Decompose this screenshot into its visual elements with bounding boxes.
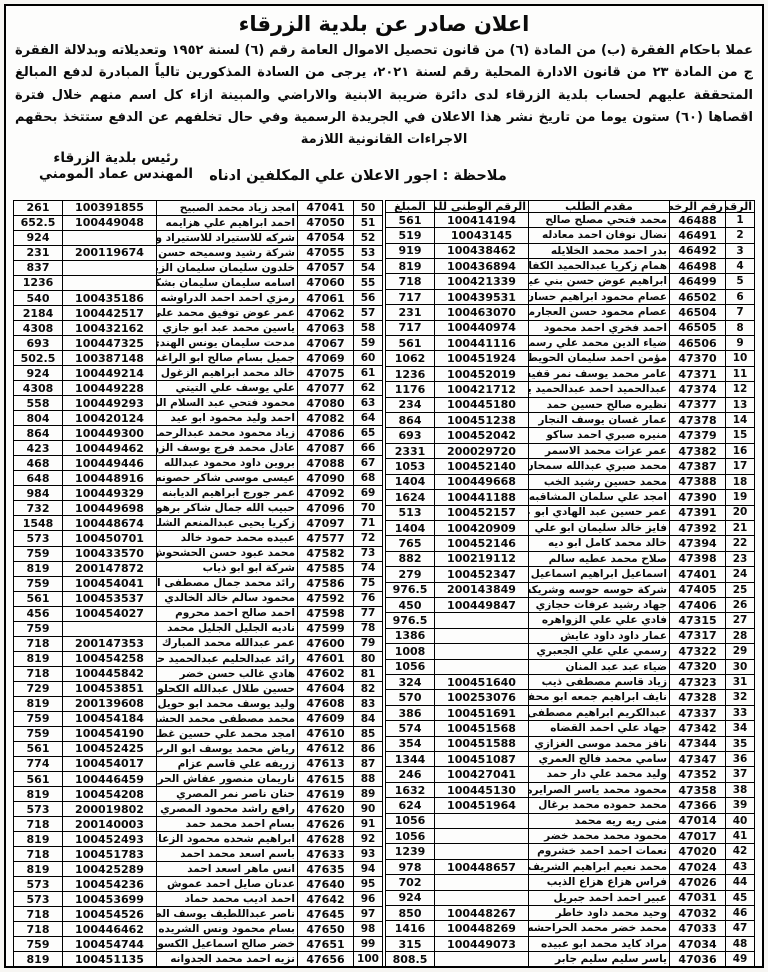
amount-cell: 315	[386, 936, 435, 951]
national-number-cell: 100454744	[63, 937, 157, 952]
row-number-cell: 35	[726, 736, 755, 751]
license-number-cell: 47063	[298, 321, 354, 336]
national-number-cell: 100452146	[435, 536, 529, 551]
amount-cell: 1056	[386, 813, 435, 828]
table-row: 3547344نافز محمد موسى الغزازي10045158835…	[386, 736, 755, 751]
national-number-cell: 100449668	[435, 474, 529, 489]
national-number-cell: 100454526	[63, 907, 157, 922]
table-row: 9647642احمد اديب محمد حماد100453699573	[14, 892, 383, 907]
national-number-cell: 100433570	[63, 546, 157, 561]
amount-cell: 693	[386, 428, 435, 443]
license-number-cell: 47394	[670, 536, 726, 551]
applicant-name-cell: شركة رشيد وسميحه حسن	[157, 245, 298, 260]
applicant-name-cell: عبير احمد احمد جبريل	[529, 890, 670, 905]
table-row: 2947322رسمي علي علي الجعبري1008	[386, 644, 755, 659]
page-title: اعلان صادر عن بلدية الزرقاء	[13, 12, 755, 36]
applicant-name-cell: احمد فخري احمد محمود	[529, 320, 670, 335]
table-row: 5347055شركة رشيد وسميحه حسن200119674231	[14, 245, 383, 260]
table-row: 8547610امجد محمد علي حسين غطاس1004541907…	[14, 726, 383, 741]
applicant-name-cell: مراد كايد محمد ابو عبيده	[529, 936, 670, 951]
national-number-cell: 100438462	[435, 243, 529, 258]
license-number-cell: 47374	[670, 382, 726, 397]
table-row: 6847090عيسى موسى شاكر حصونه100448916648	[14, 471, 383, 486]
row-number-cell: 58	[354, 321, 383, 336]
amount-cell: 468	[14, 456, 63, 471]
license-number-cell: 47656	[298, 952, 354, 967]
amount-cell: 324	[386, 674, 435, 689]
applicant-name-cell: محمد حسين رشيد الخب	[529, 474, 670, 489]
national-number-cell	[435, 628, 529, 643]
amount-cell: 759	[14, 711, 63, 726]
applicant-name-cell: زياد محمود محمد عبدالرحمن	[157, 426, 298, 441]
row-number-cell: 64	[354, 411, 383, 426]
national-number-cell: 100449329	[63, 486, 157, 501]
national-number-cell: 100445130	[435, 782, 529, 797]
applicant-name-cell: احمد صالح احمد محروم	[157, 606, 298, 621]
row-number-cell: 63	[354, 396, 383, 411]
national-number-cell: 200029720	[435, 443, 529, 458]
applicant-name-cell: جميل بسام صالح ابو الراغب	[157, 351, 298, 366]
amount-cell: 1548	[14, 516, 63, 531]
mayor-signature: رئيس بلدية الزرقاء المهندس عماد المومني	[39, 150, 193, 182]
row-number-cell: 27	[726, 613, 755, 628]
applicant-name-cell: هادي غالب حسن خضر	[157, 666, 298, 681]
row-number-cell: 72	[354, 531, 383, 546]
national-number-cell: 100448657	[435, 859, 529, 874]
table-row: 4547031عبير احمد احمد جبريل924	[386, 890, 755, 905]
amount-cell: 759	[14, 546, 63, 561]
applicant-name-cell: همام زكريا عبدالحميد الكفارين	[529, 259, 670, 274]
applicant-name-cell: وحيد محمد داود خاطر	[529, 906, 670, 921]
row-number-cell: 19	[726, 490, 755, 505]
applicant-name-cell: زكريا يحيى عبدالمنعم الشلتوني	[157, 516, 298, 531]
license-number-cell: 47612	[298, 741, 354, 756]
license-number-cell: 47097	[298, 516, 354, 531]
applicant-name-cell: جهاد علي احمد القضاه	[529, 721, 670, 736]
national-number-cell: 100451924	[435, 351, 529, 366]
col-amount: المبلغ	[386, 200, 435, 212]
amount-cell: 450	[386, 597, 435, 612]
table-row: 7247577عبيده محمد حمود خالد100450701573	[14, 531, 383, 546]
license-number-cell: 47620	[298, 802, 354, 817]
national-number-cell: 100452157	[435, 505, 529, 520]
row-number-cell: 73	[354, 546, 383, 561]
license-number-cell: 47613	[298, 756, 354, 771]
row-number-cell: 83	[354, 696, 383, 711]
license-number-cell: 47061	[298, 290, 354, 305]
license-number-cell: 46502	[670, 289, 726, 304]
row-number-cell: 28	[726, 628, 755, 643]
table-row: 646502عصام محمود ابراهيم حسان10043953171…	[386, 289, 755, 304]
applicant-name-cell: عمر عزات محمد الاسمر	[529, 443, 670, 458]
taxpayers-table-right: الرقمرقم الرخصةمقدم الطلبالرقم الوطني لل…	[385, 200, 755, 968]
row-number-cell: 13	[726, 397, 755, 412]
national-number-cell: 100387148	[63, 351, 157, 366]
license-number-cell: 47650	[298, 922, 354, 937]
national-number-cell: 100441188	[435, 490, 529, 505]
license-number-cell: 47077	[298, 381, 354, 396]
license-number-cell: 47379	[670, 428, 726, 443]
row-number-cell: 61	[354, 366, 383, 381]
applicant-name-cell: ياسر سليم سليم جابر	[529, 952, 670, 968]
national-number-cell: 100436894	[435, 259, 529, 274]
amount-cell: 976.5	[386, 582, 435, 597]
license-number-cell: 47055	[298, 245, 354, 260]
applicant-name-cell: عمر جورج ابراهيم الديابنه	[157, 486, 298, 501]
amount-cell: 774	[14, 756, 63, 771]
applicant-name-cell: نعمات احمد احمد خشروم	[529, 844, 670, 859]
table-row: 5547060اسامه سليمان سليمان بشكار1236	[14, 275, 383, 290]
amount-cell: 2331	[386, 443, 435, 458]
table-row: 6647087عادل محمد فرج يوسف الزواوي1004494…	[14, 441, 383, 456]
amount-cell: 808.5	[386, 952, 435, 968]
table-row: 7147097زكريا يحيى عبدالمنعم الشلتوني1004…	[14, 516, 383, 531]
amount-cell: 718	[14, 922, 63, 937]
national-number-cell: 100454027	[63, 606, 157, 621]
table-row: 146488محمد فتحي مصلح صالح100414194561	[386, 212, 755, 227]
amount-cell: 573	[14, 531, 63, 546]
national-number-cell: 200143849	[435, 582, 529, 597]
row-number-cell: 6	[726, 289, 755, 304]
national-number-cell	[435, 659, 529, 674]
amount-cell: 718	[386, 274, 435, 289]
applicant-name-cell: عمر حسين عبد الهادي ابو عطيه	[529, 505, 670, 520]
national-number-cell: 100452140	[435, 459, 529, 474]
amount-cell: 819	[14, 832, 63, 847]
row-number-cell: 86	[354, 741, 383, 756]
amount-cell: 717	[386, 289, 435, 304]
license-number-cell: 47050	[298, 215, 354, 230]
national-number-cell: 100441116	[435, 336, 529, 351]
applicant-name-cell: رائد محمد جمال مصطفى ابو سالم	[157, 576, 298, 591]
amount-cell: 732	[14, 501, 63, 516]
table-header-row: الرقمرقم الرخصةمقدم الطلبالرقم الوطني لل…	[386, 200, 755, 212]
table-row: 6047069جميل بسام صالح ابو الراغب10038714…	[14, 351, 383, 366]
license-number-cell: 47377	[670, 397, 726, 412]
applicant-name-cell: حبيب الله جمال شاكر برهوم	[157, 501, 298, 516]
applicant-name-cell: شركة ابو ابو ذياب	[157, 561, 298, 576]
amount-cell: 4308	[14, 381, 63, 396]
table-row: 3147323زياد قاسم مصطفى ذيب100451640324	[386, 674, 755, 689]
license-number-cell: 47317	[670, 628, 726, 643]
license-number-cell: 47609	[298, 711, 354, 726]
applicant-name-cell: احمد ابراهيم علي هزايمه	[157, 215, 298, 230]
row-number-cell: 50	[354, 200, 383, 215]
amount-cell: 804	[14, 411, 63, 426]
license-number-cell: 47054	[298, 230, 354, 245]
table-row: 4747033محمد خضر محمد الحراحشه10044826914…	[386, 921, 755, 936]
table-row: 4847034مراد كايد محمد ابو عبيده100449073…	[386, 936, 755, 951]
amount-cell: 574	[386, 721, 435, 736]
license-number-cell: 47067	[298, 336, 354, 351]
table-row: 1447378عمار غسان يوسف النجار100451238864	[386, 413, 755, 428]
row-number-cell: 71	[354, 516, 383, 531]
national-number-cell: 100449214	[63, 366, 157, 381]
row-number-cell: 77	[354, 606, 383, 621]
signature-name: المهندس عماد المومني	[39, 166, 193, 182]
table-row: 6347080محمود فتحي عبد السلام الرفاعي1004…	[14, 396, 383, 411]
national-number-cell: 100449847	[435, 597, 529, 612]
license-number-cell: 47088	[298, 456, 354, 471]
amount-cell: 759	[14, 726, 63, 741]
table-row: 5047041امجد زياد محمد الصبيح100391855261	[14, 200, 383, 215]
license-number-cell: 47034	[670, 936, 726, 951]
amount-cell: 624	[386, 798, 435, 813]
national-number-cell: 100442517	[63, 306, 157, 321]
row-number-cell: 25	[726, 582, 755, 597]
national-number-cell: 200139608	[63, 696, 157, 711]
table-row: 8847615ناريمان منصور عفاش الحراحشه100446…	[14, 771, 383, 786]
license-number-cell: 47599	[298, 621, 354, 636]
applicant-name-cell: محمد نعيم ابراهيم الشريف	[529, 859, 670, 874]
amount-cell: 819	[14, 862, 63, 877]
applicant-name-cell: خالد محمد ابراهيم الزغول	[157, 366, 298, 381]
amount-cell: 819	[14, 651, 63, 666]
announcement-body: عملا باحكام الفقرة (ب) من المادة (٦) من …	[15, 40, 753, 152]
applicant-name-cell: ضياء عبد عبد المنان	[529, 659, 670, 674]
amount-cell: 718	[14, 666, 63, 681]
amount-cell: 693	[14, 336, 63, 351]
row-number-cell: 44	[726, 875, 755, 890]
license-number-cell: 47619	[298, 787, 354, 802]
license-number-cell: 46491	[670, 228, 726, 243]
license-number-cell: 47388	[670, 474, 726, 489]
row-number-cell: 22	[726, 536, 755, 551]
row-number-cell: 12	[726, 382, 755, 397]
table-row: 9947651خضر صالح اسماعيل الكسواني10045474…	[14, 937, 383, 952]
row-number-cell: 87	[354, 756, 383, 771]
national-number-cell: 100452347	[435, 567, 529, 582]
table-row: 4447026فراس هزاع هزاع الذيب702	[386, 875, 755, 890]
table-row: 3047320ضياء عبد عبد المنان1056	[386, 659, 755, 674]
row-number-cell: 49	[726, 952, 755, 968]
license-number-cell: 47036	[670, 952, 726, 968]
license-number-cell: 47080	[298, 396, 354, 411]
table-row: 4147017محمود محمد محمد خضر1056	[386, 829, 755, 844]
license-number-cell: 47585	[298, 561, 354, 576]
row-number-cell: 18	[726, 474, 755, 489]
table-row: 3247328نايف ابراهيم جمعه ابو محفوظ100253…	[386, 690, 755, 705]
amount-cell: 2184	[14, 306, 63, 321]
applicant-name-cell: رسمي علي علي الجعبري	[529, 644, 670, 659]
applicant-name-cell: جهاد رشيد عرفات حجازي	[529, 597, 670, 612]
table-row: 446498همام زكريا عبدالحميد الكفارين10043…	[386, 259, 755, 274]
national-number-cell: 100451964	[435, 798, 529, 813]
applicant-name-cell: عمار داود داود عايش	[529, 628, 670, 643]
col-number: الرقم	[726, 200, 755, 212]
national-number-cell: 100454258	[63, 651, 157, 666]
row-number-cell: 57	[354, 306, 383, 321]
amount-cell: 561	[14, 591, 63, 606]
license-number-cell: 47598	[298, 606, 354, 621]
national-number-cell: 100435186	[63, 290, 157, 305]
national-number-cell: 100454190	[63, 726, 157, 741]
row-number-cell: 100	[354, 952, 383, 967]
row-number-cell: 26	[726, 597, 755, 612]
row-number-cell: 40	[726, 813, 755, 828]
signature-note-row: ملاحظة : اجور الاعلان علي المكلفين ادناه…	[13, 154, 755, 200]
table-row: 5647061رمزي احمد احمد الدراوشه1004351865…	[14, 290, 383, 305]
table-row: 1247374عبدالحميد احمد عبدالحميد يوسف1004…	[386, 382, 755, 397]
applicant-name-cell: نافز محمد موسى الغزازي	[529, 736, 670, 751]
applicant-name-cell: حسين طلال عبدالله الكحلوت	[157, 681, 298, 696]
license-number-cell: 47031	[670, 890, 726, 905]
table-row: 4247020نعمات احمد احمد خشروم1239	[386, 844, 755, 859]
license-number-cell: 47392	[670, 520, 726, 535]
national-number-cell: 100446462	[63, 922, 157, 937]
table-row: 246491نضال نوفان احمد معادله10043145519	[386, 228, 755, 243]
row-number-cell: 66	[354, 441, 383, 456]
license-number-cell: 47087	[298, 441, 354, 456]
row-number-cell: 90	[354, 802, 383, 817]
applicant-name-cell: بسام محمود ونس الشريده	[157, 922, 298, 937]
national-number-cell: 100450701	[63, 531, 157, 546]
amount-cell: 234	[386, 397, 435, 412]
applicant-name-cell: رائد عبدالحليم عبدالحميد حمدان	[157, 651, 298, 666]
amount-cell: 718	[14, 817, 63, 832]
amount-cell: 1053	[386, 459, 435, 474]
row-number-cell: 38	[726, 782, 755, 797]
table-row: 10047656نزيه احمد محمد الجدوانه100451135…	[14, 952, 383, 967]
license-number-cell: 47352	[670, 767, 726, 782]
row-number-cell: 4	[726, 259, 755, 274]
table-row: 8747613زريفه علي قاسم عزام100454017774	[14, 756, 383, 771]
table-row: 7447585شركة ابو ابو ذياب200147872819	[14, 561, 383, 576]
table-row: 3747352وليد محمد علي دار حمد100427041246	[386, 767, 755, 782]
applicant-name-cell: ناصر عبداللطيف يوسف الصوالحه	[157, 907, 298, 922]
row-number-cell: 11	[726, 366, 755, 381]
amount-cell: 718	[14, 907, 63, 922]
applicant-name-cell: محمد عبود حسن الحشحوش	[157, 546, 298, 561]
license-number-cell: 47323	[670, 674, 726, 689]
applicant-name-cell: رافع راشد محمود المصري	[157, 802, 298, 817]
national-number-cell: 200119674	[63, 245, 157, 260]
amount-cell: 1404	[386, 474, 435, 489]
license-number-cell: 47592	[298, 591, 354, 606]
row-number-cell: 55	[354, 275, 383, 290]
applicant-name-cell: سامي محمد فالح العمري	[529, 752, 670, 767]
row-number-cell: 9	[726, 336, 755, 351]
row-number-cell: 69	[354, 486, 383, 501]
amount-cell: 837	[14, 260, 63, 275]
amount-cell: 984	[14, 486, 63, 501]
amount-cell: 924	[14, 366, 63, 381]
amount-cell: 561	[14, 741, 63, 756]
amount-cell: 1404	[386, 520, 435, 535]
table-row: 8447609محمد مصطفى محمد الحشحوش1004541847…	[14, 711, 383, 726]
fees-note: ملاحظة : اجور الاعلان علي المكلفين ادناه	[209, 168, 507, 184]
national-number-cell: 100391855	[63, 200, 157, 215]
table-row: 9447635انس ماهر اسعد احمد100425289819	[14, 862, 383, 877]
amount-cell: 502.5	[14, 351, 63, 366]
table-row: 3847358محمود محمد ياسر الصرايره100445130…	[386, 782, 755, 797]
license-number-cell: 47041	[298, 200, 354, 215]
license-number-cell: 47604	[298, 681, 354, 696]
row-number-cell: 46	[726, 906, 755, 921]
amount-cell: 924	[386, 890, 435, 905]
license-number-cell: 47075	[298, 366, 354, 381]
amount-cell: 1008	[386, 644, 435, 659]
amount-cell: 573	[14, 802, 63, 817]
license-number-cell: 47401	[670, 567, 726, 582]
table-row: 3947366محمد حموده محمد برغال100451964624	[386, 798, 755, 813]
license-number-cell: 47026	[670, 875, 726, 890]
amount-cell: 819	[14, 787, 63, 802]
national-number-cell: 100449698	[63, 501, 157, 516]
applicant-name-cell: زريفه علي قاسم عزام	[157, 756, 298, 771]
license-number-cell: 47358	[670, 782, 726, 797]
row-number-cell: 98	[354, 922, 383, 937]
national-number-cell	[63, 275, 157, 290]
license-number-cell: 47092	[298, 486, 354, 501]
license-number-cell: 47626	[298, 817, 354, 832]
table-row: 2247394خالد محمد كامل ابو ديه10045214676…	[386, 536, 755, 551]
table-row: 5147050احمد ابراهيم علي هزايمه1004490486…	[14, 215, 383, 230]
license-number-cell: 47390	[670, 490, 726, 505]
applicant-name-cell: وليد يوسف محمد ابو حويل	[157, 696, 298, 711]
license-number-cell: 47024	[670, 859, 726, 874]
row-number-cell: 82	[354, 681, 383, 696]
national-number-cell: 100427041	[435, 767, 529, 782]
applicant-name-cell: امجد علي سلمان المشاقبه	[529, 490, 670, 505]
amount-cell: 978	[386, 859, 435, 874]
table-row: 9747645ناصر عبداللطيف يوسف الصوالحه10045…	[14, 907, 383, 922]
applicant-name-cell: عبدالكريم ابراهيم مصطفى عطاري	[529, 705, 670, 720]
applicant-name-cell: انس ماهر اسعد احمد	[157, 862, 298, 877]
amount-cell: 919	[386, 243, 435, 258]
table-row: 9047620رافع راشد محمود المصري20001980257…	[14, 802, 383, 817]
table-row: 3347337عبدالكريم ابراهيم مصطفى عطاري1004…	[386, 705, 755, 720]
amount-cell: 573	[14, 877, 63, 892]
license-number-cell: 47586	[298, 576, 354, 591]
national-number-cell: 100451135	[63, 952, 157, 967]
row-number-cell: 53	[354, 245, 383, 260]
applicant-name-cell: خضر صالح اسماعيل الكسواني	[157, 937, 298, 952]
amount-cell: 717	[386, 320, 435, 335]
amount-cell: 1236	[14, 275, 63, 290]
license-number-cell: 47033	[670, 921, 726, 936]
license-number-cell: 46492	[670, 243, 726, 258]
national-number-cell: 200019802	[63, 802, 157, 817]
license-number-cell: 47635	[298, 862, 354, 877]
row-number-cell: 42	[726, 844, 755, 859]
license-number-cell: 47315	[670, 613, 726, 628]
license-number-cell: 47602	[298, 666, 354, 681]
applicant-name-cell: علي يوسف علي التيتي	[157, 381, 298, 396]
amount-cell: 513	[386, 505, 435, 520]
table-row: 8047601رائد عبدالحليم عبدالحميد حمدان100…	[14, 651, 383, 666]
license-number-cell: 47344	[670, 736, 726, 751]
applicant-name-cell: احمد وليد محمود ابو عيد	[157, 411, 298, 426]
license-number-cell: 47582	[298, 546, 354, 561]
row-number-cell: 48	[726, 936, 755, 951]
row-number-cell: 34	[726, 721, 755, 736]
applicant-name-cell: محمد مصطفى محمد الحشحوش	[157, 711, 298, 726]
table-row: 5747062عمر عوض توفيق محمد علي10044251721…	[14, 306, 383, 321]
row-number-cell: 60	[354, 351, 383, 366]
national-number-cell: 100453699	[63, 892, 157, 907]
amount-cell: 864	[14, 426, 63, 441]
row-number-cell: 16	[726, 443, 755, 458]
license-number-cell: 46504	[670, 305, 726, 320]
amount-cell: 231	[386, 305, 435, 320]
amount-cell: 819	[386, 259, 435, 274]
amount-cell: 423	[14, 441, 63, 456]
national-number-cell: 100453537	[63, 591, 157, 606]
table-row: 1147371عامر محمد يوسف نمر قفيشه100452019…	[386, 366, 755, 381]
license-number-cell: 47096	[298, 501, 354, 516]
national-number-cell: 100446459	[63, 771, 157, 786]
